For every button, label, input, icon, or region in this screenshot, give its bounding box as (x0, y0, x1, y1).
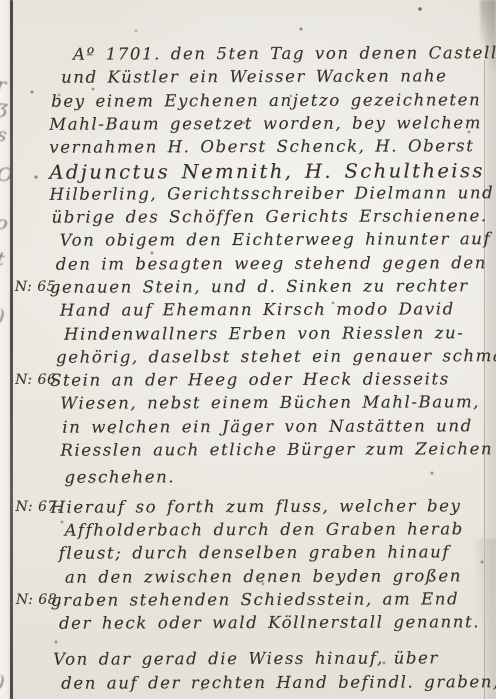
manuscript-line-text: in welchen ein Jäger von Nastätten und (62, 416, 473, 436)
manuscript-line: Adjunctus Nemnith, H. Schultheiss (49, 160, 495, 185)
manuscript-line-text: Mahl-Baum gesetzet worden, bey welchem (49, 113, 482, 134)
manuscript-line: Mahl-Baum gesetzet worden, bey welchem (49, 113, 495, 138)
manuscript-line-text: Affholderbach durch den Graben herab (65, 519, 464, 539)
manuscript-line: fleust; durch denselben graben hinauf (51, 542, 496, 567)
manuscript-line-text: Von dar gerad die Wiess hinauf, über (53, 649, 439, 669)
manuscript-line-text: vernahmen H. Oberst Schenck, H. Oberst (49, 136, 474, 156)
manuscript-line: N: 65.genauen Stein, und d. Sinken zu re… (50, 276, 496, 301)
manuscript-line: und Küstler ein Weisser Wacken nahe (49, 66, 495, 91)
manuscript-line: in welchen ein Jäger von Nastätten und (50, 416, 496, 441)
manuscript-line: N: 68.graben stehenden Schiedsstein, am … (51, 589, 496, 614)
manuscript-line: den auf der rechten Hand befindl. graben… (51, 672, 496, 697)
manuscript-line: übrige des Schöffen Gerichts Erschienene… (50, 206, 496, 231)
manuscript-line-text: übrige des Schöffen Gerichts Erschienene… (52, 206, 488, 227)
manuscript-line-text: graben stehenden Schiedsstein, am End (51, 589, 459, 609)
manuscript-line: Von dar gerad die Wiess hinauf, über (51, 649, 496, 674)
manuscript-line-text: Hindenwallners Erben von Riesslen zu- (64, 323, 464, 343)
manuscript-line: Hilberling, Gerichtsschreiber Dielmann u… (49, 183, 495, 208)
manuscript-line: Hindenwallners Erben von Riesslen zu- (50, 323, 496, 348)
manuscript-line-text: Hand auf Ehemann Kirsch modo David (60, 300, 455, 320)
manuscript-line: N: 66.Stein an der Heeg oder Heck diesse… (50, 369, 496, 394)
scanned-manuscript-page: rʒsOɔt)) Aº 1701. den 5ten Tag von denen… (0, 0, 496, 699)
margin-number: N: 65. (15, 279, 61, 295)
manuscript-line: an den zwischen denen beyden großen (51, 566, 496, 591)
manuscript-line-text: gehörig, daselbst stehet ein genauer sch… (56, 346, 496, 367)
manuscript-line: Affholderbach durch den Graben herab (51, 519, 496, 544)
manuscript-line: geschehen. (50, 466, 496, 491)
manuscript-line: Aº 1701. den 5ten Tag von denen Castelle… (49, 43, 495, 68)
manuscript-line-text: der heck oder wald Köllnerstall genannt. (59, 612, 480, 632)
manuscript-line-text: Aº 1701. den 5ten Tag von denen Castelle… (73, 43, 496, 64)
manuscript-line-text: Hierauf so forth zum fluss, welcher bey (51, 496, 462, 516)
manuscript-line-text: Stein an der Heeg oder Heck diesseits (50, 369, 450, 389)
manuscript-line-text: Adjunctus Nemnith, H. Schultheiss (49, 160, 484, 185)
manuscript-line-text: genauen Stein, und d. Sinken zu rechter (50, 276, 469, 296)
manuscript-line: Riesslen auch etliche Bürger zum Zeichen (50, 439, 496, 464)
manuscript-line: vernahmen H. Oberst Schenck, H. Oberst (49, 136, 495, 161)
manuscript-line-text: den auf der rechten Hand befindl. graben… (61, 672, 496, 693)
manuscript-line-text: Wiesen, nebst einem Büchen Mahl-Baum, (60, 393, 480, 413)
manuscript-line: Von obigem den Eichterweeg hinunter auf (50, 230, 496, 255)
manuscript-line: Wiesen, nebst einem Büchen Mahl-Baum, (50, 393, 496, 418)
manuscript-line-text: den im besagten weeg stehend gegen den (56, 253, 487, 274)
manuscript-line: gehörig, daselbst stehet ein genauer sch… (50, 346, 496, 371)
manuscript-line-text: fleust; durch denselben graben hinauf (59, 543, 450, 563)
margin-number: N: 67. (16, 498, 62, 514)
manuscript-text: Aº 1701. den 5ten Tag von denen Castelle… (0, 0, 496, 699)
manuscript-line: bey einem Eychenen anjetzo gezeichneten (49, 90, 495, 115)
manuscript-line: Hand auf Ehemann Kirsch modo David (50, 299, 496, 324)
manuscript-line-text: an den zwischen denen beyden großen (65, 566, 462, 586)
manuscript-line-text: Hilberling, Gerichtsschreiber Dielmann u… (49, 183, 494, 204)
margin-number: N: 68. (16, 591, 62, 607)
margin-number: N: 66. (15, 372, 61, 388)
manuscript-line: den im besagten weeg stehend gegen den (50, 253, 496, 278)
manuscript-line-text: bey einem Eychenen anjetzo gezeichneten (51, 90, 481, 111)
manuscript-line-text: Von obigem den Eichterweeg hinunter auf (60, 230, 492, 251)
manuscript-line-text: geschehen. (64, 468, 175, 487)
manuscript-line-text: und Küstler ein Weisser Wacken nahe (61, 67, 447, 87)
manuscript-line-text: Riesslen auch etliche Bürger zum Zeichen (60, 439, 493, 460)
manuscript-line: der heck oder wald Köllnerstall genannt. (51, 612, 496, 637)
manuscript-line: N: 67.Hierauf so forth zum fluss, welche… (51, 496, 496, 521)
